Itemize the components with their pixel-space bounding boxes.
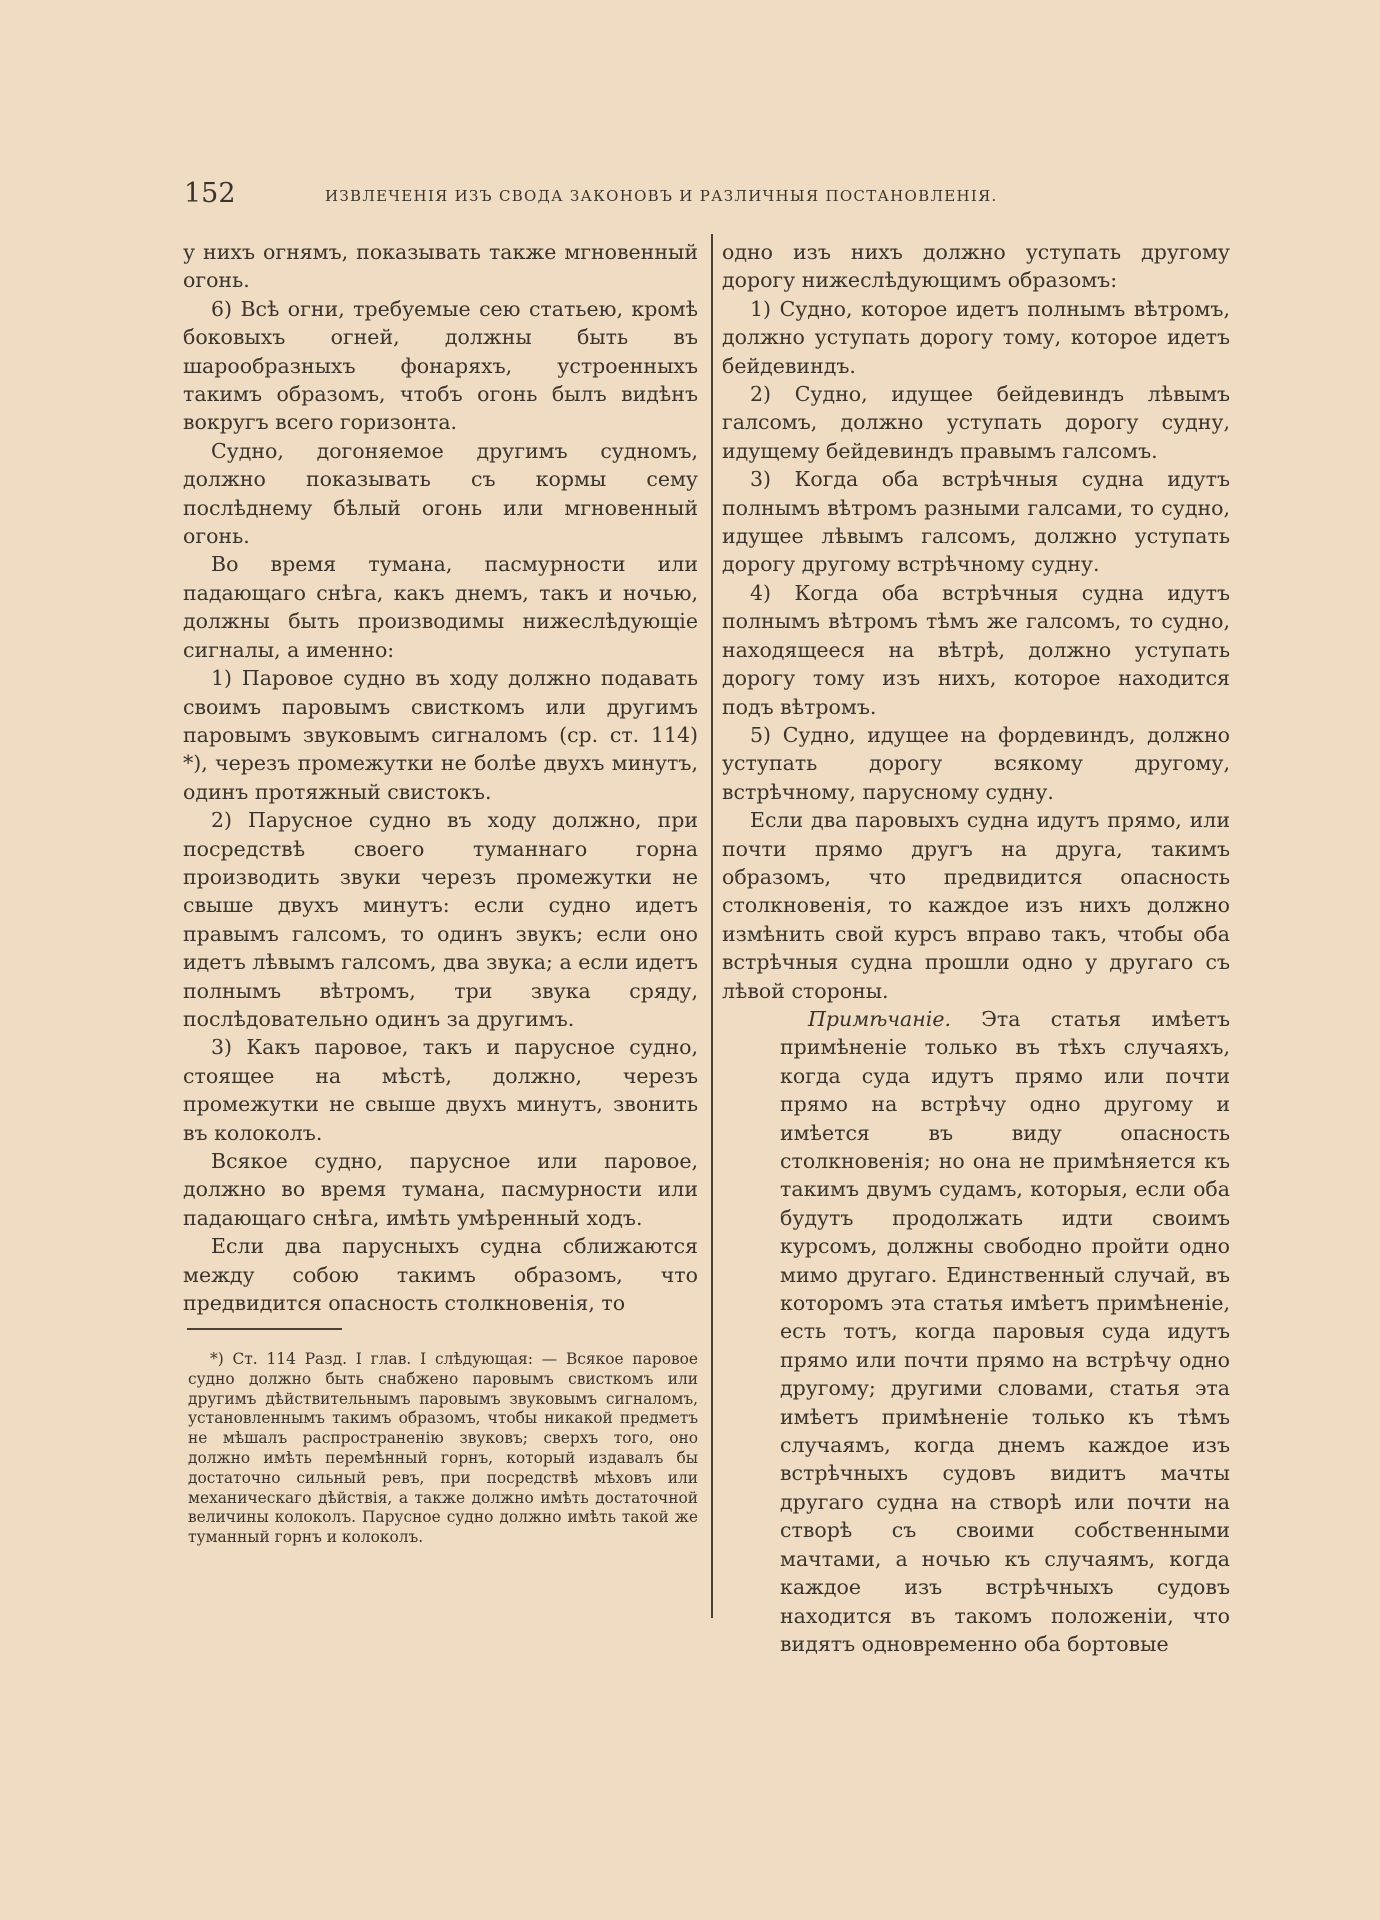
- footnote: *) Ст. 114 Разд. I глав. I слѣдующая: — …: [188, 1350, 698, 1548]
- paragraph: одно изъ нихъ должно уступать другому до…: [722, 238, 1230, 295]
- paragraph: 2) Парусное судно въ ходу должно, при по…: [183, 806, 698, 1033]
- paragraph: 5) Судно, идущее на фордевиндъ, должно у…: [722, 721, 1230, 806]
- page-number: 152: [184, 178, 236, 209]
- paragraph: Если два парусныхъ судна сближаются межд…: [183, 1232, 698, 1317]
- paragraph: 6) Всѣ огни, требуемые сею статьею, кром…: [183, 295, 698, 437]
- note-paragraph: Примѣчаніе. Эта статья имѣетъ примѣненіе…: [780, 1005, 1230, 1658]
- paragraph: Судно, догоняемое другимъ судномъ, должн…: [183, 437, 698, 551]
- right-column: одно изъ нихъ должно уступать другому до…: [722, 238, 1230, 1658]
- footnote-text: *) Ст. 114 Разд. I глав. I слѣдующая: — …: [188, 1350, 698, 1548]
- paragraph: 2) Судно, идущее бейдевиндъ лѣвымъ галсо…: [722, 380, 1230, 465]
- paragraph: Всякое судно, парусное или паровое, долж…: [183, 1147, 698, 1232]
- paragraph: 1) Судно, которое идетъ полнымъ вѣтромъ,…: [722, 295, 1230, 380]
- paragraph: Во время тумана, пасмурности или падающа…: [183, 550, 698, 664]
- paragraph: у нихъ огнямъ, показывать также мгновенн…: [183, 238, 698, 295]
- left-column: у нихъ огнямъ, показывать также мгновенн…: [183, 238, 698, 1317]
- running-title: извлеченія изъ свода законовъ и различны…: [325, 187, 998, 205]
- column-divider: [711, 234, 713, 1618]
- paragraph: Если два паровыхъ судна идутъ прямо, или…: [722, 806, 1230, 1005]
- note-label: Примѣчаніе.: [808, 1007, 951, 1031]
- paragraph: 3) Когда оба встрѣчныя судна идутъ полны…: [722, 465, 1230, 579]
- paragraph: 1) Паровое судно въ ходу должно подавать…: [183, 664, 698, 806]
- paragraph: 4) Когда оба встрѣчныя судна идутъ полны…: [722, 579, 1230, 721]
- page-header: 152 извлеченія изъ свода законовъ и разл…: [178, 178, 1098, 214]
- footnote-rule: [187, 1328, 342, 1330]
- note-text: Эта статья имѣетъ примѣненіе только въ т…: [780, 1007, 1230, 1656]
- paragraph: 3) Какъ паровое, такъ и парусное судно, …: [183, 1033, 698, 1147]
- note-block: Примѣчаніе. Эта статья имѣетъ примѣненіе…: [780, 1005, 1230, 1658]
